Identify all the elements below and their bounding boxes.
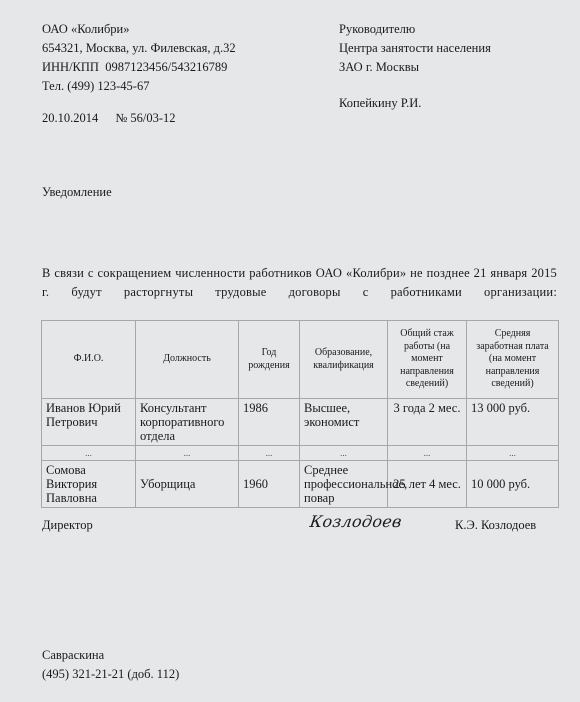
cell-birth-year: 1960 — [239, 461, 300, 508]
cell-ellipsis: ... — [136, 446, 239, 461]
cell-birth-year: 1986 — [239, 399, 300, 446]
header-position: Должность — [136, 321, 239, 399]
header-education: Образование, квалификация — [300, 321, 388, 399]
cell-position: Консультант корпоративного отдела — [136, 399, 239, 446]
document-date: 20.10.2014 — [42, 111, 98, 125]
header-salary: Средняя заработная плата (на момент напр… — [467, 321, 559, 399]
document-body: В связи с сокращением численности работн… — [42, 264, 557, 302]
cell-ellipsis: ... — [239, 446, 300, 461]
employees-table: Ф.И.О. Должность Год рождения Образовани… — [41, 320, 559, 508]
cell-ellipsis: ... — [388, 446, 467, 461]
table-header-row: Ф.И.О. Должность Год рождения Образовани… — [42, 321, 559, 399]
cell-salary: 10 000 руб. — [467, 461, 559, 508]
cell-education: Среднее профессиональное, повар — [300, 461, 388, 508]
document-title: Уведомление — [42, 185, 112, 200]
document-number: № 56/03-12 — [115, 111, 175, 125]
handwritten-signature: Козлодоев — [309, 512, 403, 531]
signatory-name: К.Э. Козлодоев — [455, 518, 536, 533]
table-row: Иванов Юрий Петрович Консультант корпора… — [42, 399, 559, 446]
recipient-line1: Руководителю — [339, 20, 491, 39]
cell-experience: 3 года 2 мес. — [388, 399, 467, 446]
recipient-line3: ЗАО г. Москвы — [339, 58, 491, 77]
recipient-block: Руководителю Центра занятости населения … — [339, 20, 491, 113]
cell-fio: Иванов Юрий Петрович — [42, 399, 136, 446]
table-row: Сомова Виктория Павловна Уборщица 1960 С… — [42, 461, 559, 508]
sender-inn-kpp: ИНН/КПП 0987123456/543216789 — [42, 58, 236, 77]
cell-education: Высшее, экономист — [300, 399, 388, 446]
recipient-line2: Центра занятости населения — [339, 39, 491, 58]
document-date-number: 20.10.2014 № 56/03-12 — [42, 111, 190, 126]
cell-ellipsis: ... — [300, 446, 388, 461]
signatory-title: Директор — [42, 518, 93, 533]
sender-address: 654321, Москва, ул. Филевская, д.32 — [42, 39, 236, 58]
header-fio: Ф.И.О. — [42, 321, 136, 399]
cell-ellipsis: ... — [42, 446, 136, 461]
recipient-name: Копейкину Р.И. — [339, 94, 491, 113]
cell-position: Уборщица — [136, 461, 239, 508]
cell-salary: 13 000 руб. — [467, 399, 559, 446]
sender-org: ОАО «Колибри» — [42, 20, 236, 39]
sender-block: ОАО «Колибри» 654321, Москва, ул. Филевс… — [42, 20, 236, 96]
executor-phone: (495) 321-21-21 (доб. 112) — [42, 665, 179, 684]
executor-name: Савраскина — [42, 646, 179, 665]
table-row-ellipsis: ... ... ... ... ... ... — [42, 446, 559, 461]
sender-phone: Тел. (499) 123-45-67 — [42, 77, 236, 96]
cell-fio: Сомова Виктория Павловна — [42, 461, 136, 508]
header-birth-year: Год рождения — [239, 321, 300, 399]
executor-block: Савраскина (495) 321-21-21 (доб. 112) — [42, 646, 179, 684]
header-experience: Общий стаж работы (на момент направления… — [388, 321, 467, 399]
cell-ellipsis: ... — [467, 446, 559, 461]
cell-experience: 25 лет 4 мес. — [388, 461, 467, 508]
